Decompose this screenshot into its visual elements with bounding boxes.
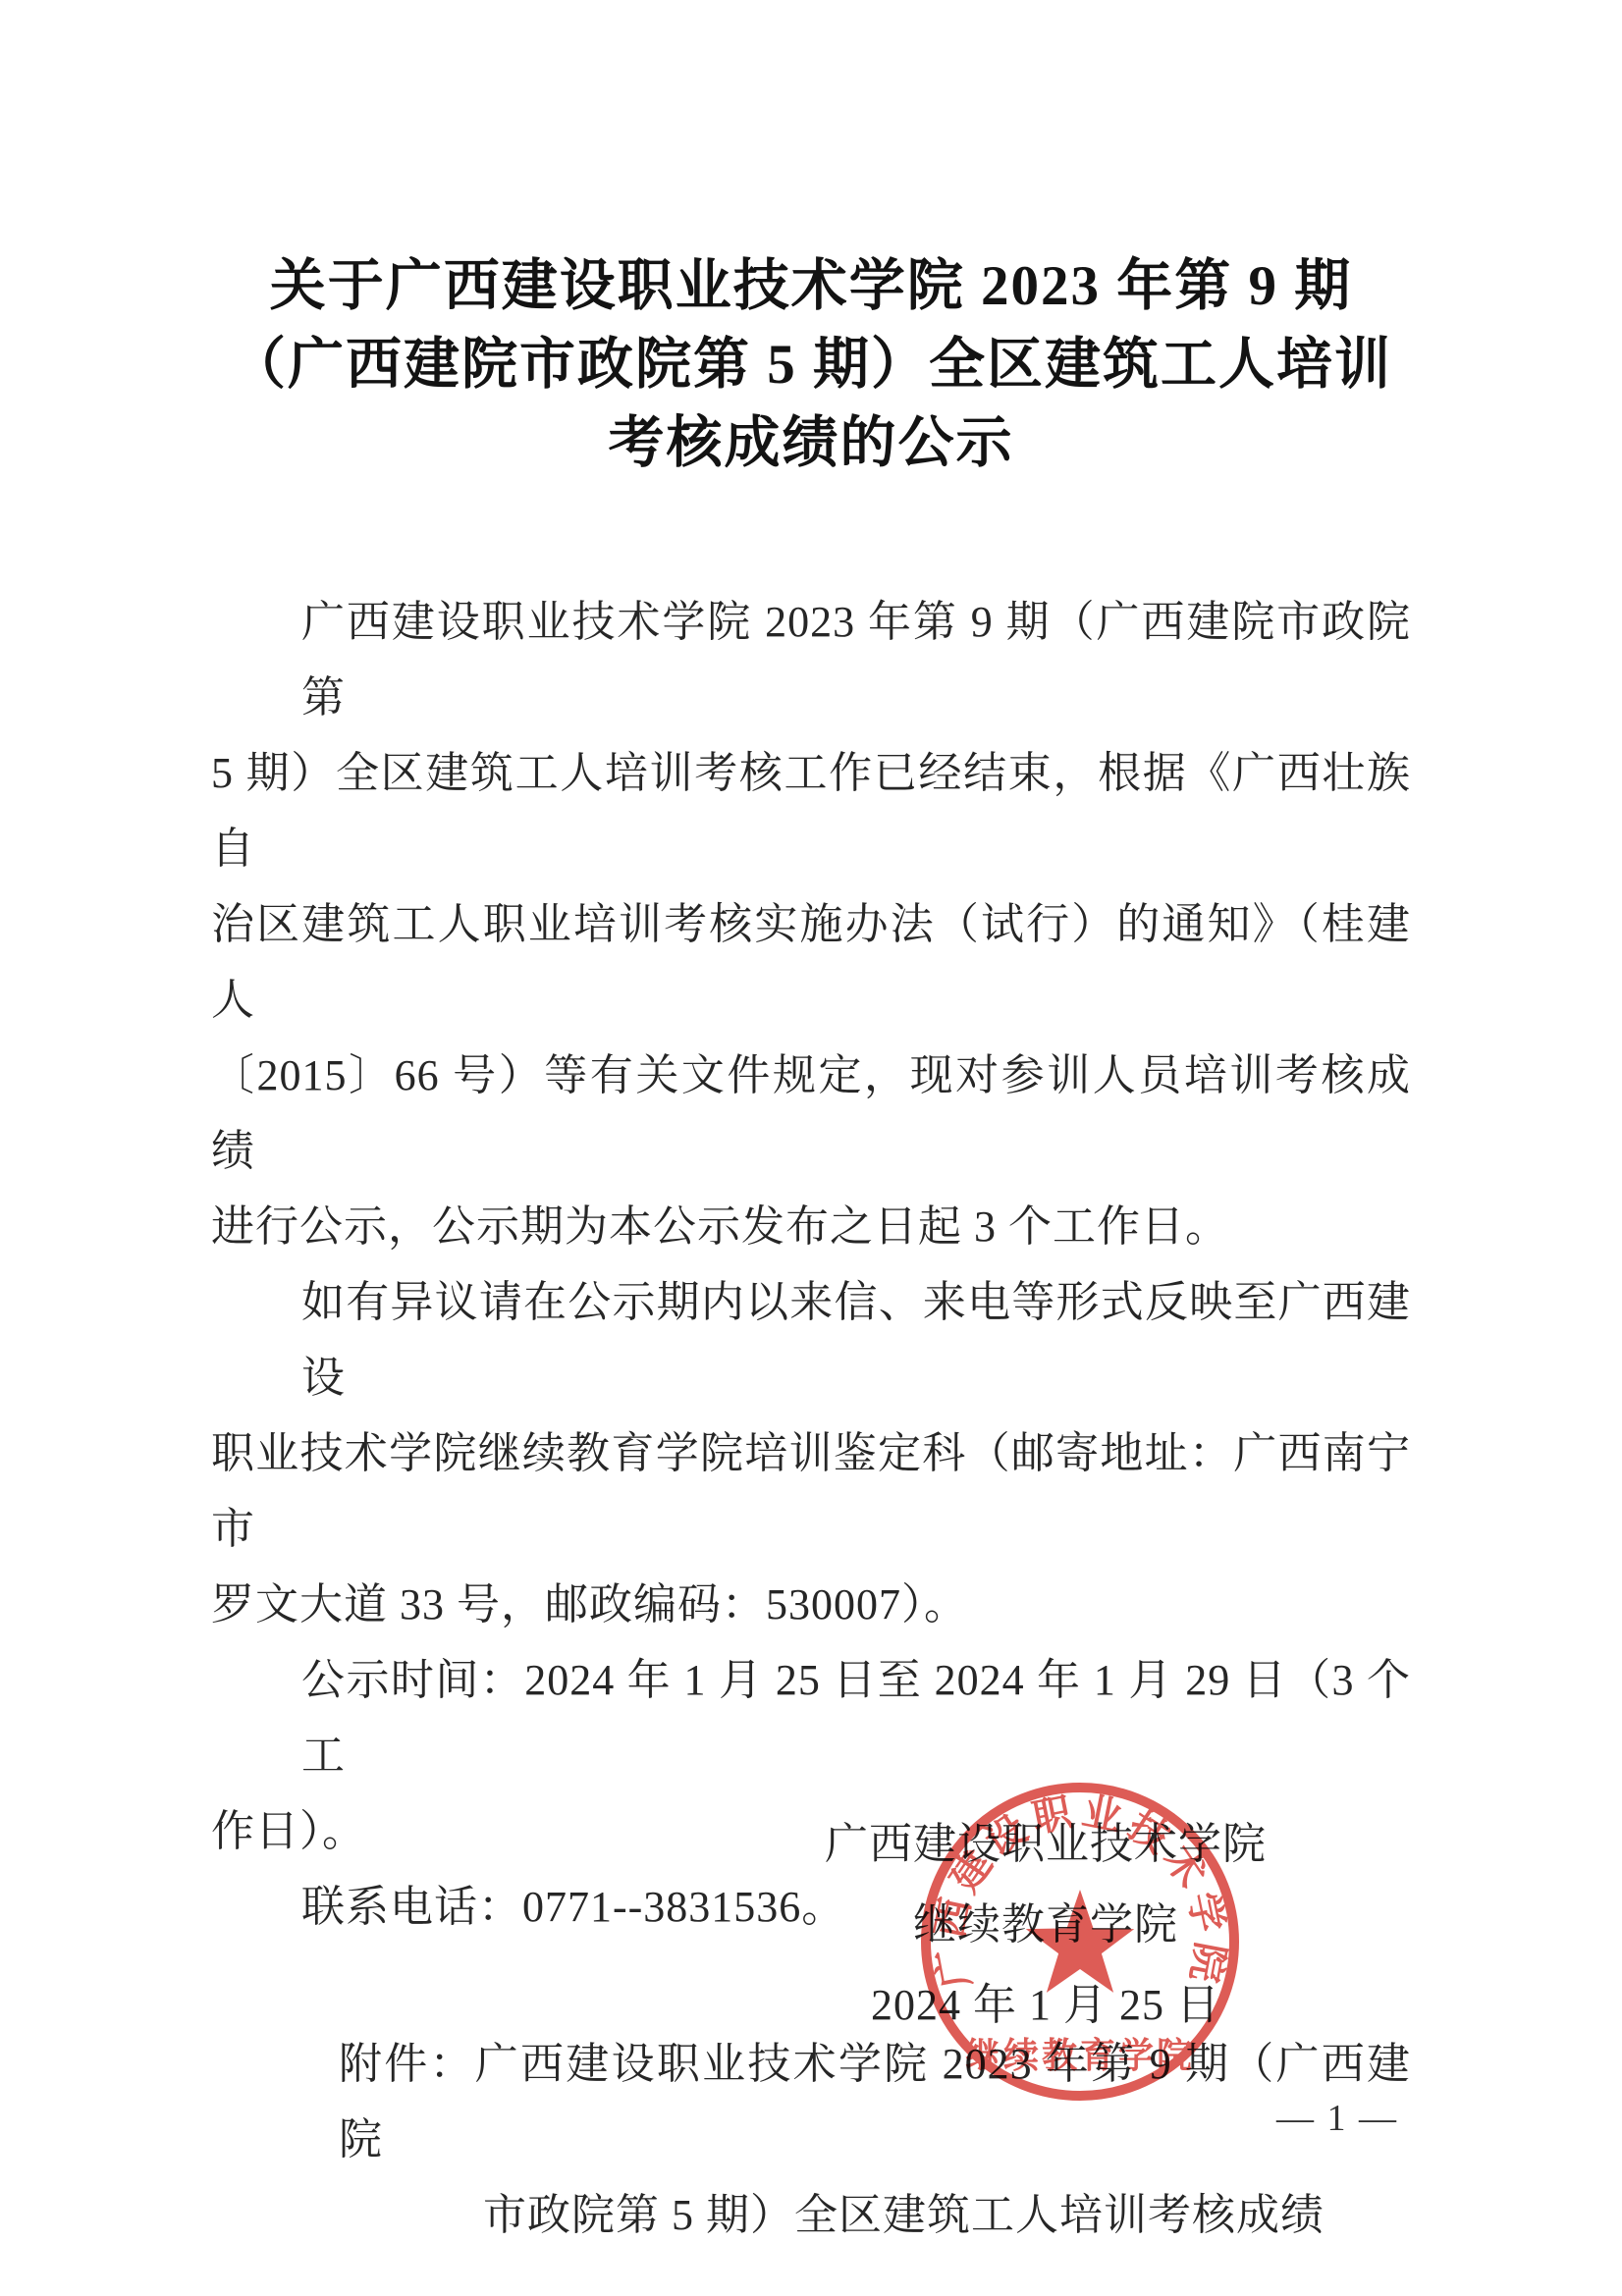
body-line: 罗文大道 33 号，邮政编码：530007）。: [211, 1567, 1411, 1642]
body-line: 〔2015〕66 号）等有关文件规定，现对参训人员培训考核成绩: [211, 1038, 1411, 1189]
body-line: 治区建筑工人职业培训考核实施办法（试行）的通知》（桂建人: [211, 886, 1411, 1038]
title-line-3: 考核成绩的公示: [0, 404, 1622, 483]
attachment-line: 市政院第 5 期）全区建筑工人培训考核成绩: [211, 2177, 1411, 2253]
title-line-1: 关于广西建设职业技术学院 2023 年第 9 期: [0, 247, 1622, 326]
page-number: — 1 —: [1239, 2097, 1435, 2140]
body-line: 进行公示，公示期为本公示发布之日起 3 个工作日。: [211, 1189, 1411, 1264]
seal-star-icon: [1026, 1890, 1134, 1993]
body-line: 公示时间：2024 年 1 月 25 日至 2024 年 1 月 29 日（3 …: [211, 1642, 1411, 1793]
body-line: 5 期）全区建筑工人培训考核工作已经结束，根据《广西壮族自: [211, 735, 1411, 886]
document-page: 关于广西建设职业技术学院 2023 年第 9 期 （广西建院市政院第 5 期）全…: [0, 0, 1622, 2296]
body-line: 如有异议请在公示期内以来信、来电等形式反映至广西建设: [211, 1264, 1411, 1415]
title-line-2: （广西建院市政院第 5 期）全区建筑工人培训: [0, 326, 1622, 404]
paragraph-1: 广西建设职业技术学院 2023 年第 9 期（广西建院市政院第 5 期）全区建筑…: [211, 584, 1411, 1264]
document-title: 关于广西建设职业技术学院 2023 年第 9 期 （广西建院市政院第 5 期）全…: [0, 247, 1622, 483]
official-seal-stamp: 广西建设职业技术学院 继续教育学院: [911, 1773, 1249, 2110]
seal-bottom-text: 继续教育学院: [965, 2036, 1195, 2075]
body-line: 广西建设职业技术学院 2023 年第 9 期（广西建院市政院第: [211, 584, 1411, 735]
body-line: 职业技术学院继续教育学院培训鉴定科（邮寄地址：广西南宁市: [211, 1415, 1411, 1567]
paragraph-2: 如有异议请在公示期内以来信、来电等形式反映至广西建设 职业技术学院继续教育学院培…: [211, 1264, 1411, 1642]
